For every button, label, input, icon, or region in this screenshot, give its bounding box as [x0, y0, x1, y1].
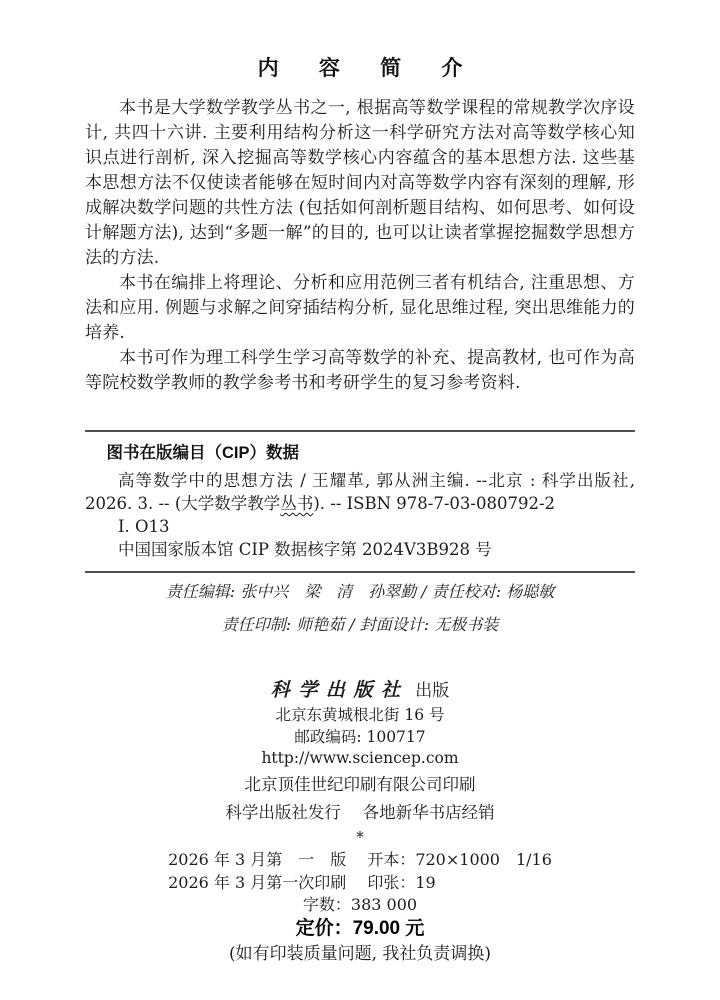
word-count-line: 字数：383 000	[85, 894, 635, 916]
publisher-postcode: 邮政编码: 100717	[85, 726, 635, 748]
intro-paragraph-1: 本书是大学数学教学丛书之一, 根据高等数学课程的常规教学次序设计, 共四十六讲.…	[85, 96, 635, 271]
colophon: 科学出版社出版 北京东黄城根北街 16 号 邮政编码: 100717 http:…	[85, 677, 635, 967]
book-copyright-page: 内 容 简 介 本书是大学数学教学丛书之一, 根据高等数学课程的常规教学次序设计…	[0, 0, 720, 1000]
content-column: 内 容 简 介 本书是大学数学教学丛书之一, 根据高等数学课程的常规教学次序设计…	[85, 52, 635, 967]
printer-line: 北京顶佳世纪印刷有限公司印刷	[85, 771, 635, 799]
edition-line: 2026 年 3 月第 一 版 开本：720×1000 1/16	[168, 848, 552, 871]
cip-entry: 高等数学中的思想方法 / 王耀革, 郭从洲主编. --北京 : 科学出版社, 2…	[85, 469, 635, 515]
content-introduction: 本书是大学数学教学丛书之一, 根据高等数学课程的常规教学次序设计, 共四十六讲.…	[85, 96, 635, 396]
publisher-address: 北京东黄城根北街 16 号	[85, 704, 635, 726]
edition-block: 2026 年 3 月第 一 版 开本：720×1000 1/16 2026 年 …	[168, 848, 552, 894]
quality-note: (如有印装质量问题, 我社负责调换)	[85, 941, 635, 967]
intro-paragraph-3: 本书可作为理工科学生学习高等数学的补充、提高教材, 也可作为高等院校数学教师的教…	[85, 346, 635, 396]
editors-line: 责任编辑: 张中兴 梁 清 孙翠勤 / 责任校对: 杨聪敏	[85, 581, 635, 602]
intro-paragraph-2: 本书在编排上将理论、分析和应用范例三者有机结合, 注重思想、方法和应用. 例题与…	[85, 271, 635, 346]
cip-classification: I. O13	[85, 515, 635, 538]
cip-entry-isbn: ). -- ISBN 978-7-03-080792-2	[313, 494, 555, 513]
publisher-line: 科学出版社出版	[85, 677, 635, 704]
publish-suffix: 出版	[415, 681, 449, 701]
science-press-logo: 科学出版社	[271, 679, 409, 701]
cip-bottom-rule	[85, 571, 635, 573]
cip-data-block: 图书在版编目（CIP）数据 高等数学中的思想方法 / 王耀革, 郭从洲主编. -…	[85, 432, 635, 571]
cip-series-name: 丛书	[280, 494, 313, 513]
cip-section: 图书在版编目（CIP）数据 高等数学中的思想方法 / 王耀革, 郭从洲主编. -…	[85, 430, 635, 573]
page-title: 内 容 简 介	[85, 52, 635, 82]
cip-record-number: 中国国家版本馆 CIP 数据核字第 2024V3B928 号	[85, 538, 635, 561]
print-design-line: 责任印制: 师艳茹 / 封面设计: 无极书装	[85, 614, 635, 635]
publisher-website: http://www.sciencep.com	[85, 748, 635, 769]
distribution-line: 科学出版社发行 各地新华书店经销	[85, 799, 635, 826]
separator-star: *	[85, 826, 635, 848]
printing-line: 2026 年 3 月第一次印刷 印张：19	[168, 871, 552, 894]
price-line: 定价：79.00 元	[85, 916, 635, 941]
staff-credits: 责任编辑: 张中兴 梁 清 孙翠勤 / 责任校对: 杨聪敏 责任印制: 师艳茹 …	[85, 581, 635, 635]
cip-heading: 图书在版编目（CIP）数据	[85, 441, 635, 465]
